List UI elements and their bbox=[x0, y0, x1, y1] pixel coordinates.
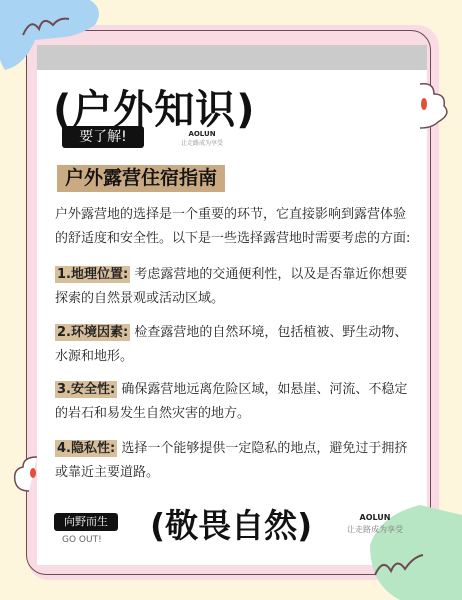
intro-paragraph: 户外露营地的选择是一个重要的环节，它直接影响到露营体验的舒适度和安全性。以下是一… bbox=[55, 203, 415, 251]
brand-name: AOLUN bbox=[182, 130, 222, 138]
cloud-face-icon-right bbox=[412, 82, 452, 132]
brand-logo-top: AOLUN 让走路成为享受 bbox=[182, 130, 222, 147]
item-label: 2.环境因素: bbox=[55, 324, 130, 341]
list-item: 1.地理位置: 考虑露营地的交通便利性，以及是否靠近你想要探索的自然景观或活动区… bbox=[55, 263, 415, 311]
footer-title: (敬畏自然) bbox=[150, 500, 312, 547]
brand-slogan: 让走路成为享受 bbox=[172, 138, 232, 147]
brand-logo-bottom: AOLUN 让走路成为享受 bbox=[330, 513, 420, 535]
list-item: 2.环境因素: 检查露营地的自然环境，包括植被、野生动物、水源和地形。 bbox=[55, 321, 415, 369]
cloud-face-icon-left bbox=[13, 455, 43, 495]
brand-name: AOLUN bbox=[330, 513, 420, 522]
list-item: 3.安全性: 确保露营地远离危险区域，如悬崖、河流、不稳定的岩石和易发生自然灾害… bbox=[55, 378, 415, 426]
list-item: 4.隐私性: 选择一个能够提供一定隐私的地点，避免过于拥挤或靠近主要道路。 bbox=[55, 437, 415, 485]
item-label: 3.安全性: bbox=[55, 381, 117, 398]
go-wild-badge: 向野而生 bbox=[54, 513, 118, 531]
learn-badge: 要了解! bbox=[62, 126, 144, 148]
item-label: 4.隐私性: bbox=[55, 440, 117, 457]
item-label: 1.地理位置: bbox=[55, 266, 130, 283]
go-out-tagline: GO OUT! bbox=[62, 535, 102, 545]
blue-splash-icon bbox=[0, 0, 125, 80]
section-heading: 户外露营住宿指南 bbox=[57, 165, 225, 192]
brand-slogan: 让走路成为享受 bbox=[330, 524, 420, 535]
